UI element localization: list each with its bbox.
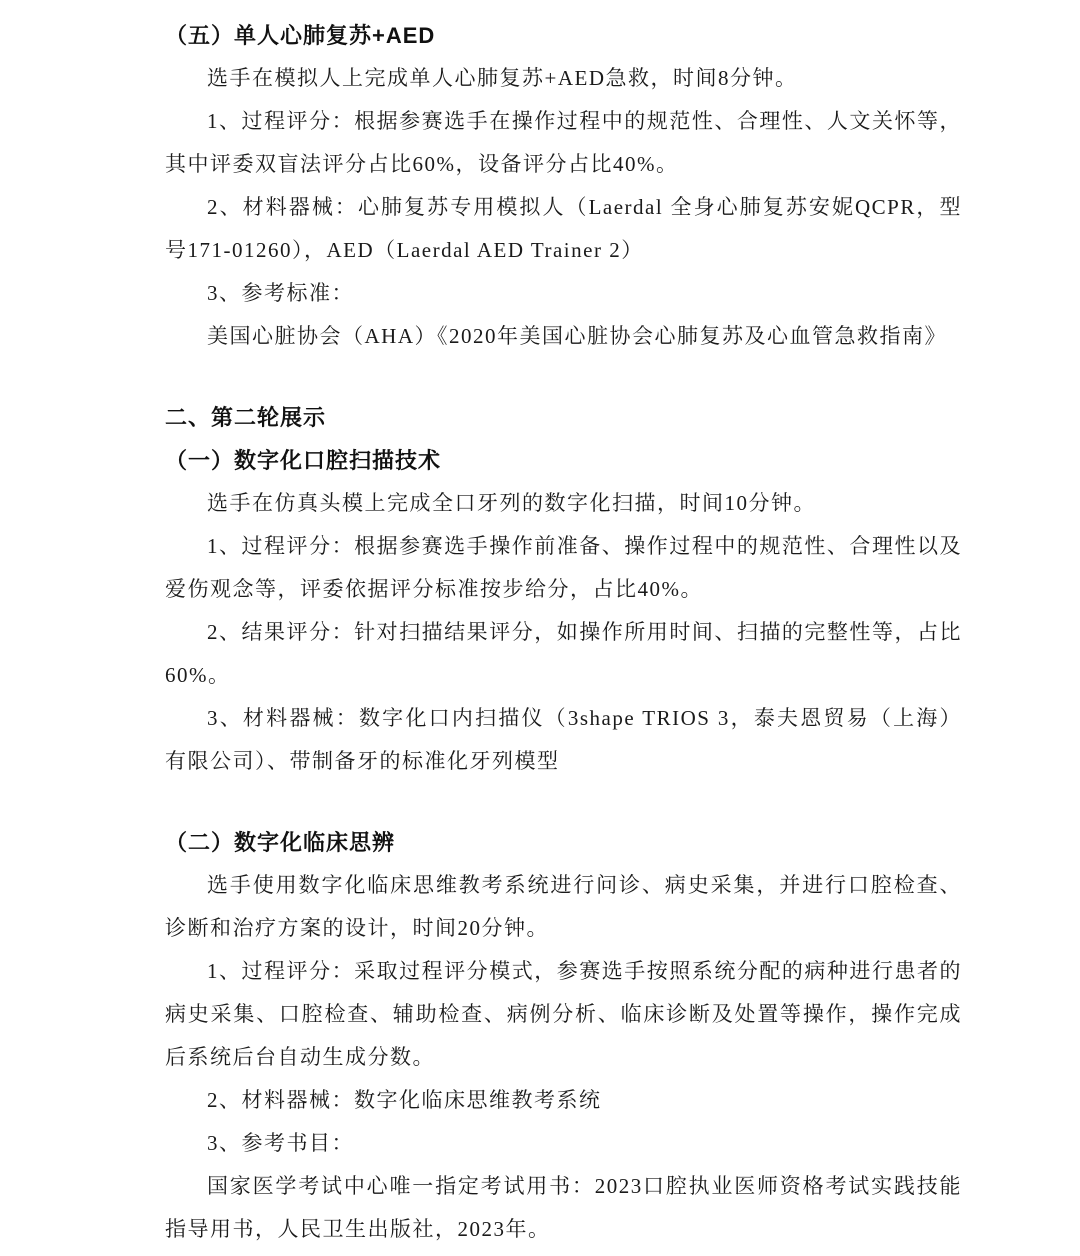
paragraph-clinical-process-scoring: 1、过程评分：采取过程评分模式，参赛选手按照系统分配的病种进行患者的病史采集、口… bbox=[165, 950, 962, 1079]
section-clinical-thinking: （二）数字化临床思辨 选手使用数字化临床思维教考系统进行问诊、病史采集，并进行口… bbox=[165, 821, 962, 1251]
paragraph-cpr-equipment: 2、材料器械：心肺复苏专用模拟人（Laerdal 全身心肺复苏安妮QCPR，型号… bbox=[165, 186, 962, 272]
paragraph-cpr-process-scoring: 1、过程评分：根据参赛选手在操作过程中的规范性、合理性、人文关怀等，其中评委双盲… bbox=[165, 100, 962, 186]
section-heading-clinical-thinking: （二）数字化临床思辨 bbox=[165, 821, 962, 864]
section-cpr-aed: （五）单人心肺复苏+AED 选手在模拟人上完成单人心肺复苏+AED急救，时间8分… bbox=[165, 14, 962, 358]
paragraph-clinical-reference-label: 3、参考书目： bbox=[165, 1122, 962, 1165]
section-heading-round-two: 二、第二轮展示 bbox=[165, 396, 962, 439]
paragraph-cpr-reference-label: 3、参考标准： bbox=[165, 272, 962, 315]
paragraph-clinical-intro: 选手使用数字化临床思维教考系统进行问诊、病史采集，并进行口腔检查、诊断和治疗方案… bbox=[165, 864, 962, 950]
paragraph-scan-result-scoring: 2、结果评分：针对扫描结果评分，如操作所用时间、扫描的完整性等，占比60%。 bbox=[165, 611, 962, 697]
paragraph-scan-equipment: 3、材料器械：数字化口内扫描仪（3shape TRIOS 3，泰夫恩贸易（上海）… bbox=[165, 697, 962, 783]
paragraph-clinical-reference: 国家医学考试中心唯一指定考试用书：2023口腔执业医师资格考试实践技能指导用书，… bbox=[165, 1165, 962, 1251]
paragraph-cpr-intro: 选手在模拟人上完成单人心肺复苏+AED急救，时间8分钟。 bbox=[165, 57, 962, 100]
paragraph-cpr-reference: 美国心脏协会（AHA）《2020年美国心脏协会心肺复苏及心血管急救指南》 bbox=[165, 315, 962, 358]
section-heading-digital-scan: （一）数字化口腔扫描技术 bbox=[165, 439, 962, 482]
document-page: （五）单人心肺复苏+AED 选手在模拟人上完成单人心肺复苏+AED急救，时间8分… bbox=[0, 0, 1080, 1256]
paragraph-scan-process-scoring: 1、过程评分：根据参赛选手操作前准备、操作过程中的规范性、合理性以及爱伤观念等，… bbox=[165, 525, 962, 611]
paragraph-clinical-equipment: 2、材料器械：数字化临床思维教考系统 bbox=[165, 1079, 962, 1122]
paragraph-scan-intro: 选手在仿真头模上完成全口牙列的数字化扫描，时间10分钟。 bbox=[165, 482, 962, 525]
section-heading-cpr-aed: （五）单人心肺复苏+AED bbox=[165, 14, 962, 57]
section-round-two-scan: 二、第二轮展示 （一）数字化口腔扫描技术 选手在仿真头模上完成全口牙列的数字化扫… bbox=[165, 396, 962, 783]
